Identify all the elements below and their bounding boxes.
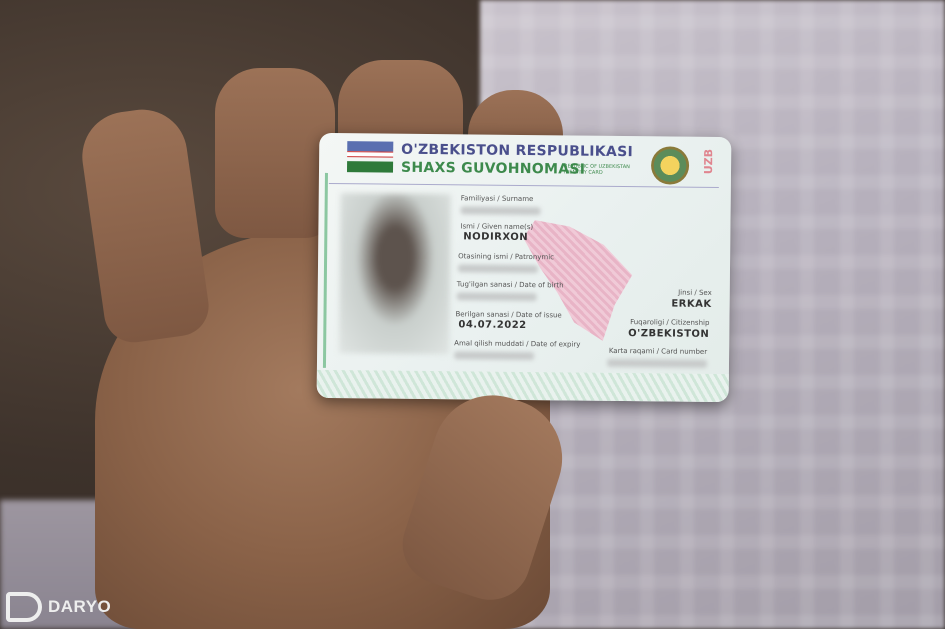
- holder-photo: [339, 193, 451, 354]
- patronymic-value-redacted: [458, 264, 538, 273]
- card-guilloche: [317, 370, 729, 402]
- finger: [215, 68, 335, 238]
- card-english-title: REPUBLIC OF UZBEKISTAN IDENTITY CARD: [564, 163, 634, 176]
- surname-label: Familiyasi / Surname: [461, 194, 534, 203]
- flag-icon: [347, 141, 393, 171]
- state-emblem-icon: [651, 146, 689, 184]
- sex-value: ERKAK: [671, 299, 711, 310]
- surname-value-redacted: [461, 206, 541, 215]
- card-number-label: Karta raqami / Card number: [609, 347, 707, 356]
- issue-date-label: Berilgan sanasi / Date of issue: [455, 310, 561, 319]
- daryo-logo-text: DARYO: [48, 597, 111, 617]
- dob-value-redacted: [457, 292, 537, 301]
- expiry-label: Amal qilish muddati / Date of expiry: [454, 339, 580, 348]
- card-subtitle: SHAXS GUVOHNOMASI: [401, 160, 585, 178]
- country-code: UZB: [702, 149, 715, 174]
- id-card: O'ZBEKISTON RESPUBLIKASI SHAXS GUVOHNOMA…: [317, 133, 732, 402]
- patronymic-label: Otasining ismi / Patronymic: [458, 252, 554, 261]
- daryo-watermark: DARYO: [6, 592, 111, 622]
- issue-date-value: 04.07.2022: [458, 319, 526, 331]
- dob-label: Tug'ilgan sanasi / Date of birth: [457, 280, 564, 289]
- citizenship-value: O'ZBEKISTON: [628, 328, 709, 340]
- citizenship-label: Fuqaroligi / Citizenship: [630, 318, 709, 327]
- card-security-strip: [323, 173, 328, 368]
- sex-label: Jinsi / Sex: [678, 289, 712, 297]
- given-name-label: Ismi / Given name(s): [460, 222, 533, 231]
- finger: [77, 104, 213, 346]
- card-title: O'ZBEKISTON RESPUBLIKASI: [401, 142, 633, 160]
- expiry-value-redacted: [454, 351, 534, 360]
- daryo-logo-icon: [6, 592, 42, 622]
- card-number-redacted: [607, 359, 707, 368]
- divider: [329, 183, 719, 188]
- given-name-value: NODIRXON: [463, 231, 528, 243]
